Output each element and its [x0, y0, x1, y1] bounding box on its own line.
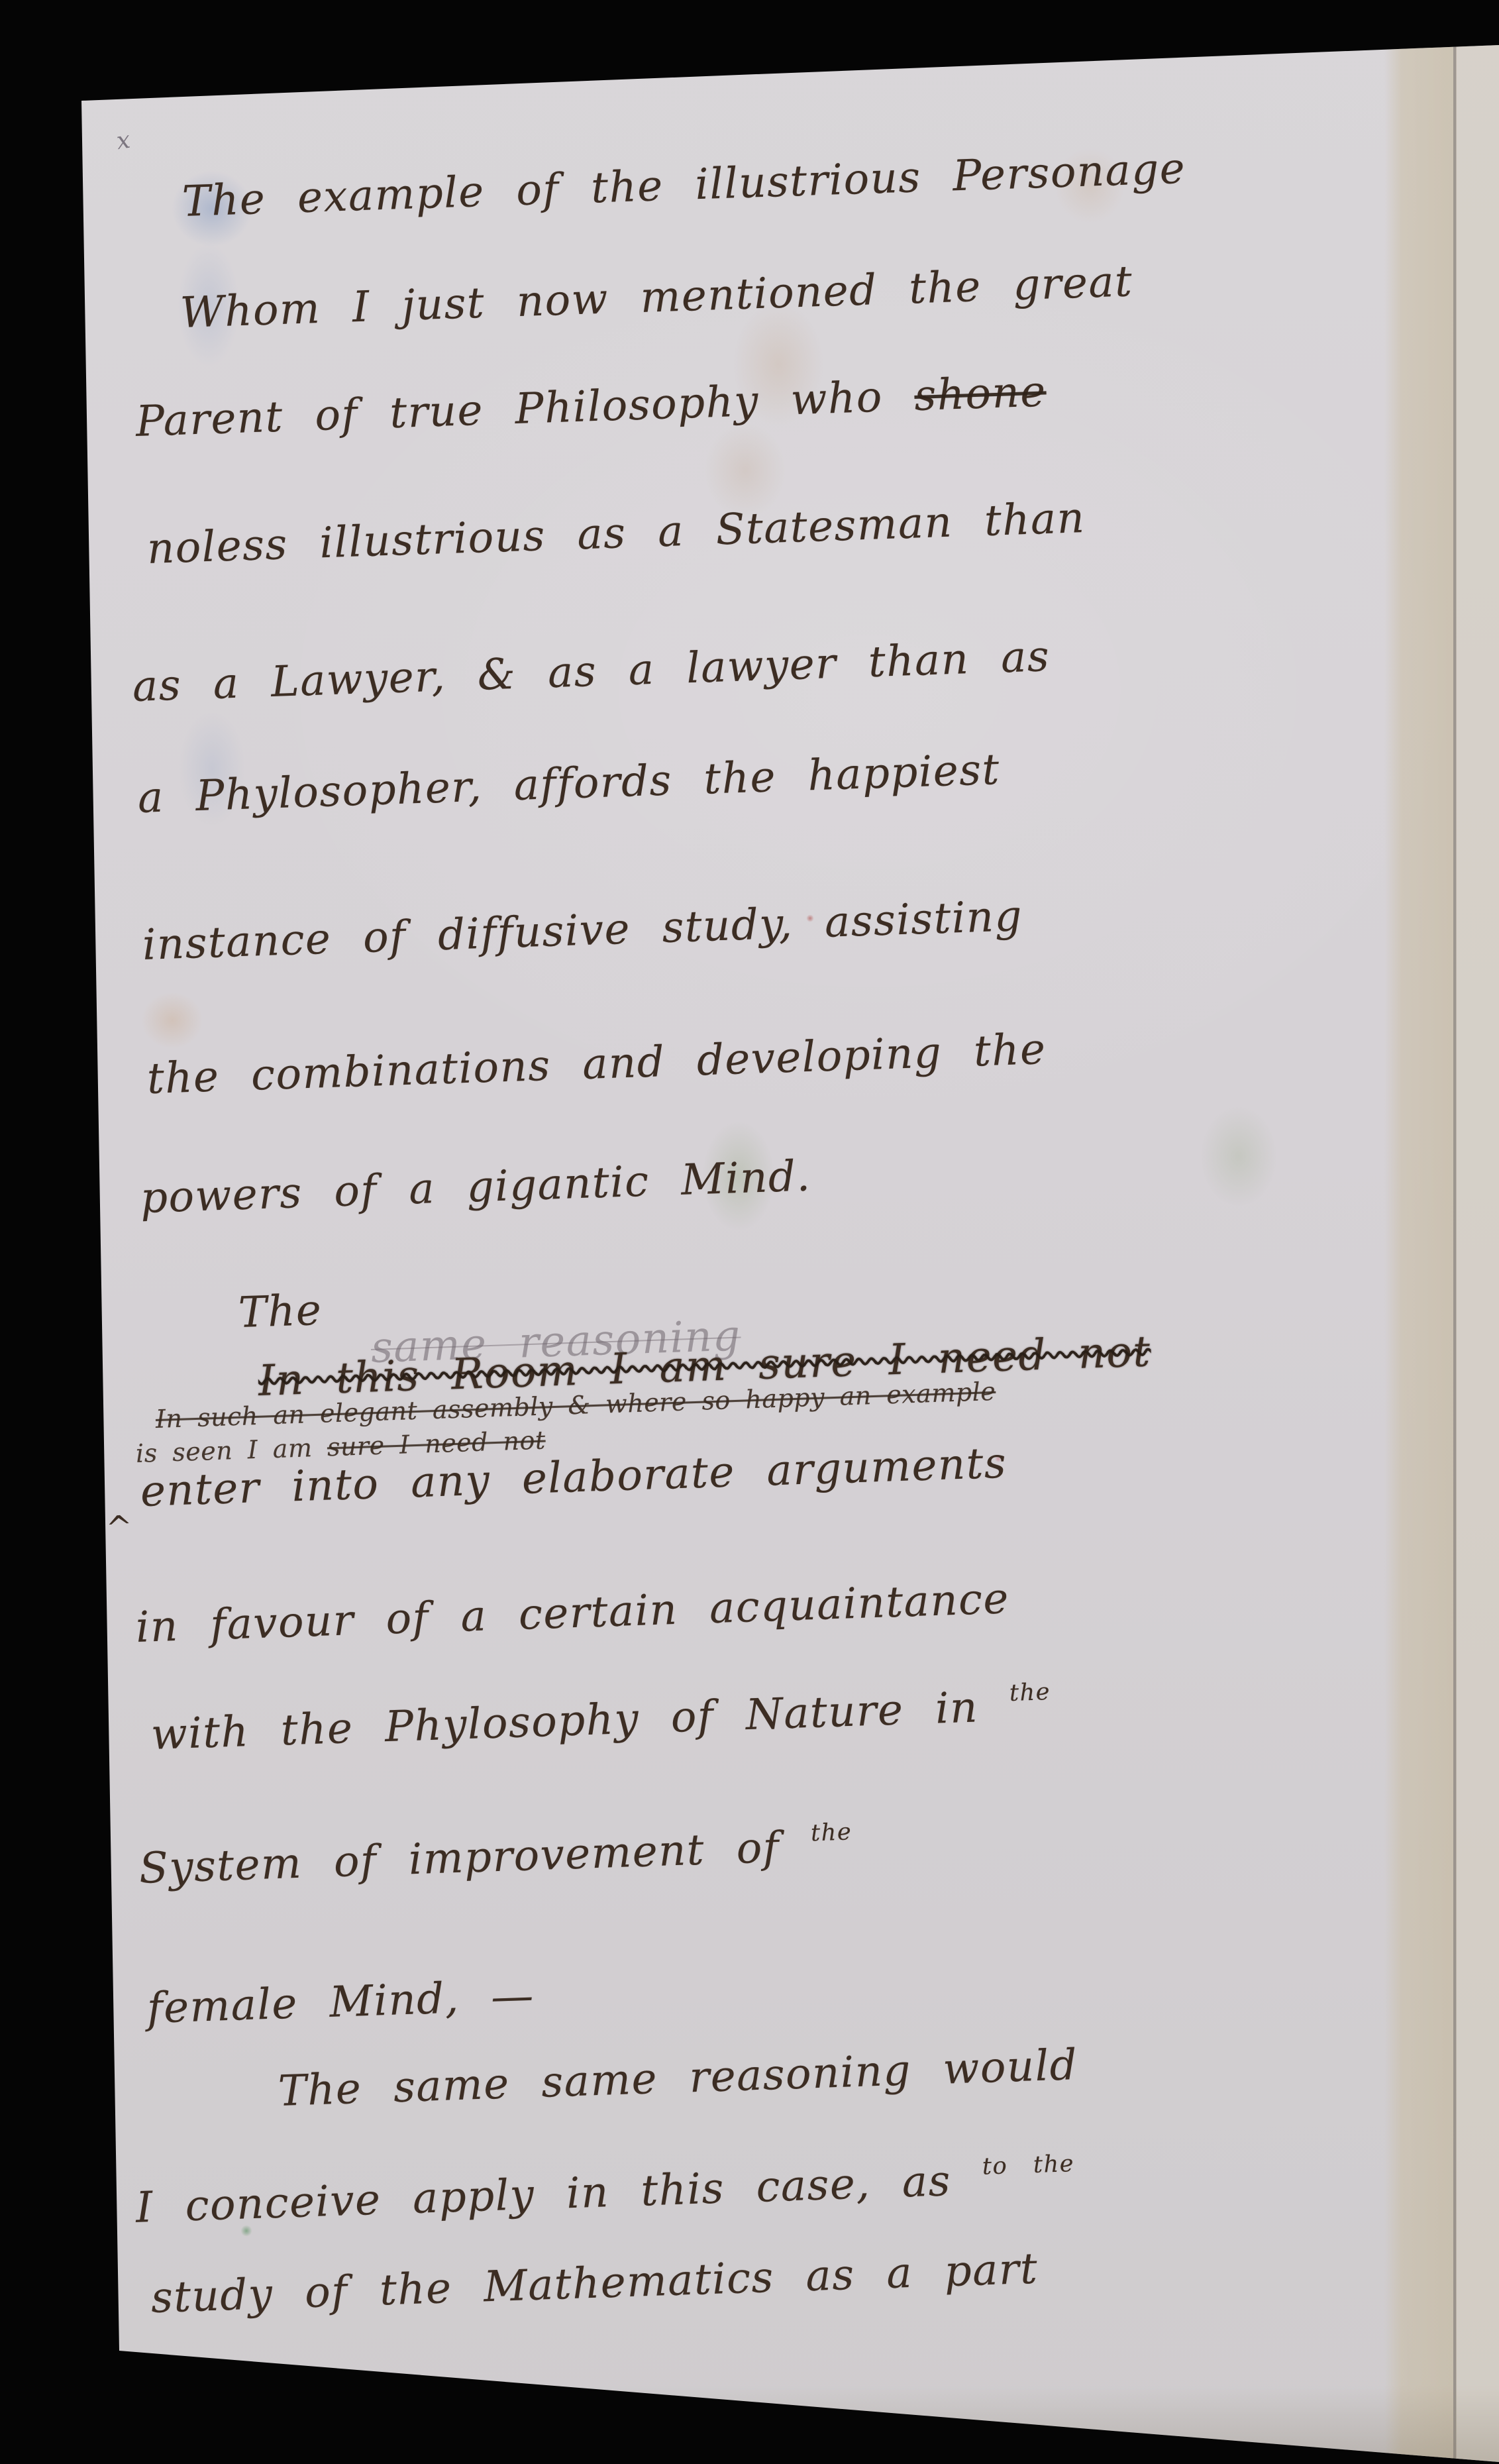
manuscript-text-segment: instance of diffusive study, assisting	[142, 892, 1023, 970]
manuscript-line: Parent of true Philosophy who shone	[135, 367, 1047, 447]
manuscript-line: I conceive apply in this case, as to the	[135, 2150, 1076, 2233]
manuscript-text-segment: the combinations and developing the	[146, 1025, 1047, 1104]
photo-background: x The example of the illustrious Persona…	[0, 0, 1499, 2464]
manuscript-line: The same same reasoning would	[278, 2041, 1078, 2116]
manuscript-line: in favour of a certain acquaintance	[135, 1574, 1010, 1652]
manuscript-text-segment: powers of a gigantic Mind.	[140, 1152, 812, 1223]
manuscript-line: study of the Mathematics as a part	[150, 2245, 1039, 2323]
manuscript-text-layer: The example of the illustrious Personage…	[0, 0, 1499, 2464]
manuscript-line: the combinations and developing the	[146, 1025, 1047, 1104]
manuscript-text-segment: to the	[982, 2150, 1074, 2180]
manuscript-line: powers of a gigantic Mind.	[140, 1152, 812, 1223]
manuscript-text-segment: The same same reasoning would	[278, 2041, 1078, 2116]
manuscript-text-segment: female Mind, —	[146, 1972, 535, 2033]
manuscript-line: with the Phylosophy of Nature in the	[150, 1678, 1052, 1760]
manuscript-line: a Phylosopher, affords the happiest	[137, 745, 1001, 823]
manuscript-line: instance of diffusive study, assisting	[142, 892, 1023, 970]
manuscript-line: The	[238, 1286, 323, 1338]
manuscript-line: System of improvement of the	[138, 1818, 853, 1894]
manuscript-text-segment: The example of the illustrious Personage	[181, 144, 1186, 227]
manuscript-line: female Mind, —	[146, 1972, 535, 2033]
manuscript-text-segment: in favour of a certain acquaintance	[135, 1574, 1010, 1652]
manuscript-text-segment: the	[810, 1818, 852, 1847]
manuscript-text-segment: study of the Mathematics as a part	[150, 2245, 1039, 2323]
manuscript-text-segment: as a Lawyer, & as a lawyer than as	[132, 632, 1051, 712]
manuscript-text-segment: Whom I just now mentioned the great	[180, 257, 1134, 338]
manuscript-text-segment: shone	[913, 367, 1047, 421]
insertion-caret: ^	[105, 1509, 134, 1548]
manuscript-page: x The example of the illustrious Persona…	[0, 0, 1499, 2464]
manuscript-line: Whom I just now mentioned the great	[180, 257, 1134, 338]
manuscript-text-segment: with the Phylosophy of Nature in	[150, 1682, 1011, 1760]
manuscript-text-segment: Parent of true Philosophy who	[135, 372, 915, 447]
manuscript-text-segment: System of improvement of	[138, 1822, 812, 1894]
manuscript-text-segment: the	[1009, 1678, 1051, 1707]
manuscript-line: as a Lawyer, & as a lawyer than as	[132, 632, 1051, 712]
manuscript-text-segment: a Phylosopher, affords the happiest	[137, 745, 1001, 823]
manuscript-line: noless illustrious as a Statesman than	[146, 494, 1086, 574]
manuscript-text-segment: The	[238, 1286, 323, 1338]
manuscript-text-segment: I conceive apply in this case, as	[135, 2156, 984, 2233]
manuscript-text-segment: noless illustrious as a Statesman than	[146, 494, 1086, 574]
manuscript-line: The example of the illustrious Personage	[181, 144, 1186, 227]
